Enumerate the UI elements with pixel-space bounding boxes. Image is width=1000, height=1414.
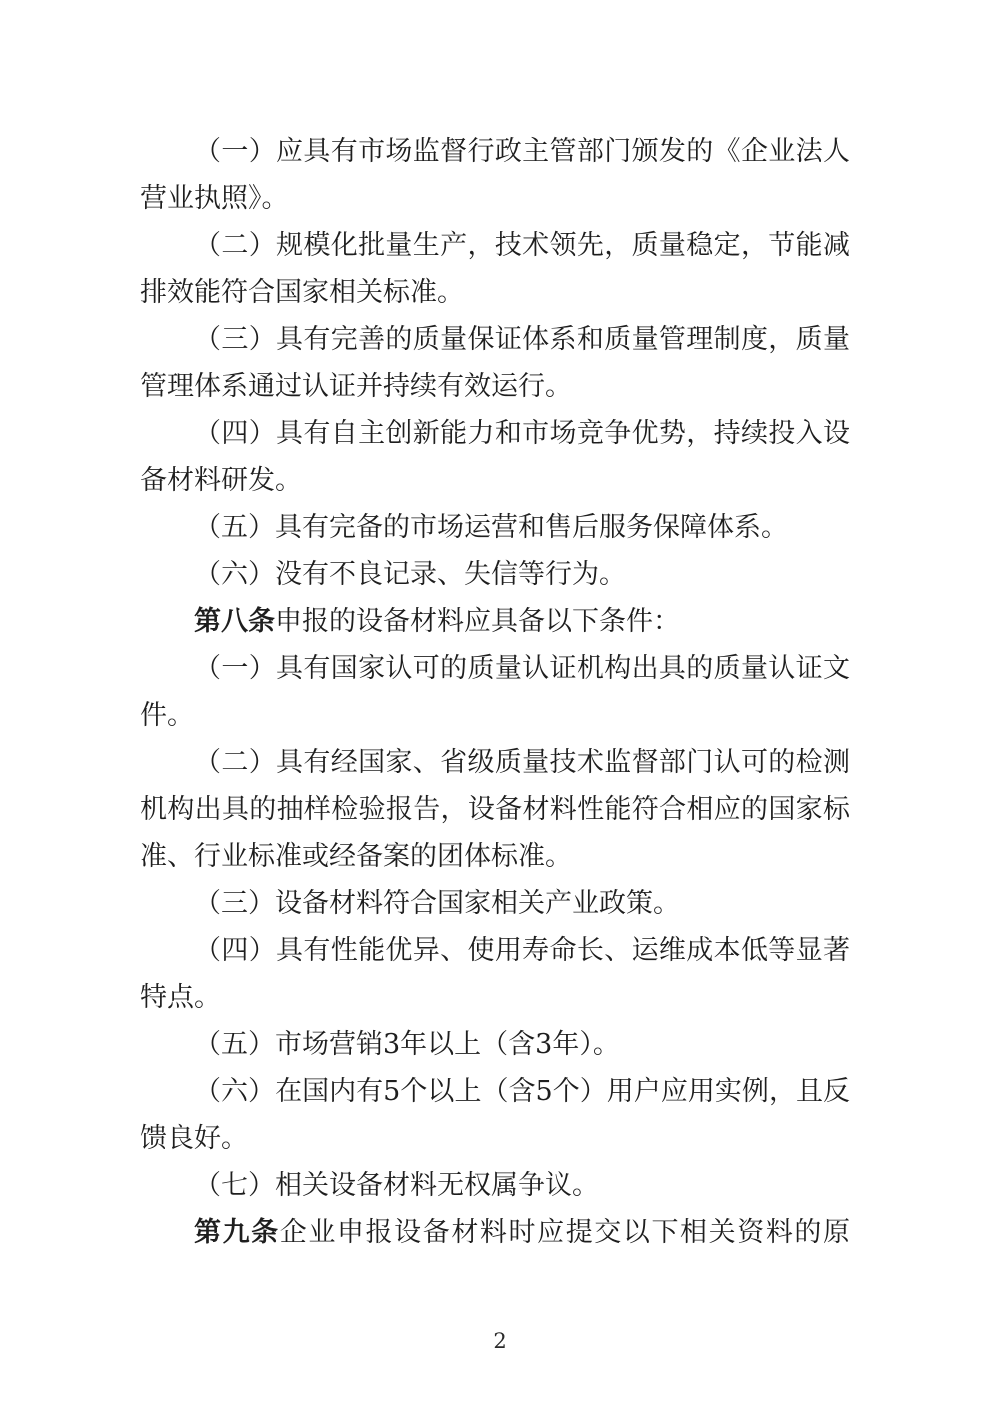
line-text: 申报的设备材料应具备以下条件：	[275, 606, 680, 637]
text-line: （二）具有经国家、省级质量技术监督部门认可的检测	[140, 739, 850, 786]
text-line: （二）规模化批量生产，技术领先，质量稳定，节能减	[140, 222, 850, 269]
line-text: 机构出具的抽样检验报告，设备材料性能符合相应的国家标	[140, 794, 850, 825]
text-line: （四）具有性能优异、使用寿命长、运维成本低等显著	[140, 927, 850, 974]
line-text: 企业申报设备材料时应提交以下相关资料的原	[280, 1217, 850, 1248]
line-text: 准、行业标准或经备案的团体标准。	[140, 841, 572, 872]
text-line: （七）相关设备材料无权属争议。	[140, 1162, 850, 1209]
line-text: 营业执照》。	[140, 183, 289, 214]
line-text: （七）相关设备材料无权属争议。	[194, 1170, 599, 1201]
line-text: （二）规模化批量生产，技术领先，质量稳定，节能减	[194, 230, 850, 261]
line-text: （一）具有国家认可的质量认证机构出具的质量认证文	[194, 653, 850, 684]
line-text: （六）在国内有5个以上（含5个）用户应用实例，且反	[194, 1076, 850, 1107]
document-page: （一）应具有市场监督行政主管部门颁发的《企业法人 营业执照》。 （二）规模化批量…	[140, 128, 850, 1256]
text-line: （五）市场营销3年以上（含3年）。	[140, 1021, 850, 1068]
article-number: 第九条	[194, 1217, 280, 1248]
line-text: 排效能符合国家相关标准。	[140, 277, 464, 308]
text-line: 管理体系通过认证并持续有效运行。	[140, 363, 850, 410]
text-line: 第八条申报的设备材料应具备以下条件：	[140, 598, 850, 645]
page-number: 2	[0, 1326, 1000, 1356]
text-line: 第九条企业申报设备材料时应提交以下相关资料的原	[140, 1209, 850, 1256]
text-line: 馈良好。	[140, 1115, 850, 1162]
text-line: 准、行业标准或经备案的团体标准。	[140, 833, 850, 880]
line-text: 管理体系通过认证并持续有效运行。	[140, 371, 572, 402]
text-line: 营业执照》。	[140, 175, 850, 222]
text-line: （六）没有不良记录、失信等行为。	[140, 551, 850, 598]
text-line: （一）应具有市场监督行政主管部门颁发的《企业法人	[140, 128, 850, 175]
text-line: （四）具有自主创新能力和市场竞争优势，持续投入设	[140, 410, 850, 457]
article-number: 第八条	[194, 606, 275, 637]
line-text: （二）具有经国家、省级质量技术监督部门认可的检测	[194, 747, 850, 778]
text-line: 特点。	[140, 974, 850, 1021]
line-text: 备材料研发。	[140, 465, 302, 496]
line-text: （五）市场营销3年以上（含3年）。	[194, 1029, 620, 1060]
text-line: （三）具有完善的质量保证体系和质量管理制度，质量	[140, 316, 850, 363]
text-line: 排效能符合国家相关标准。	[140, 269, 850, 316]
text-line: （三）设备材料符合国家相关产业政策。	[140, 880, 850, 927]
line-text: （三）设备材料符合国家相关产业政策。	[194, 888, 680, 919]
text-line: 件。	[140, 692, 850, 739]
text-line: （五）具有完备的市场运营和售后服务保障体系。	[140, 504, 850, 551]
line-text: （一）应具有市场监督行政主管部门颁发的《企业法人	[194, 136, 850, 167]
text-line: （六）在国内有5个以上（含5个）用户应用实例，且反	[140, 1068, 850, 1115]
line-text: （五）具有完备的市场运营和售后服务保障体系。	[194, 512, 788, 543]
line-text: 件。	[140, 700, 194, 731]
line-text: 特点。	[140, 982, 221, 1013]
text-line: 备材料研发。	[140, 457, 850, 504]
line-text: （四）具有自主创新能力和市场竞争优势，持续投入设	[194, 418, 850, 449]
text-line: （一）具有国家认可的质量认证机构出具的质量认证文	[140, 645, 850, 692]
line-text: （四）具有性能优异、使用寿命长、运维成本低等显著	[194, 935, 850, 966]
line-text: 馈良好。	[140, 1123, 248, 1154]
line-text: （六）没有不良记录、失信等行为。	[194, 559, 626, 590]
line-text: （三）具有完善的质量保证体系和质量管理制度，质量	[194, 324, 850, 355]
text-line: 机构出具的抽样检验报告，设备材料性能符合相应的国家标	[140, 786, 850, 833]
